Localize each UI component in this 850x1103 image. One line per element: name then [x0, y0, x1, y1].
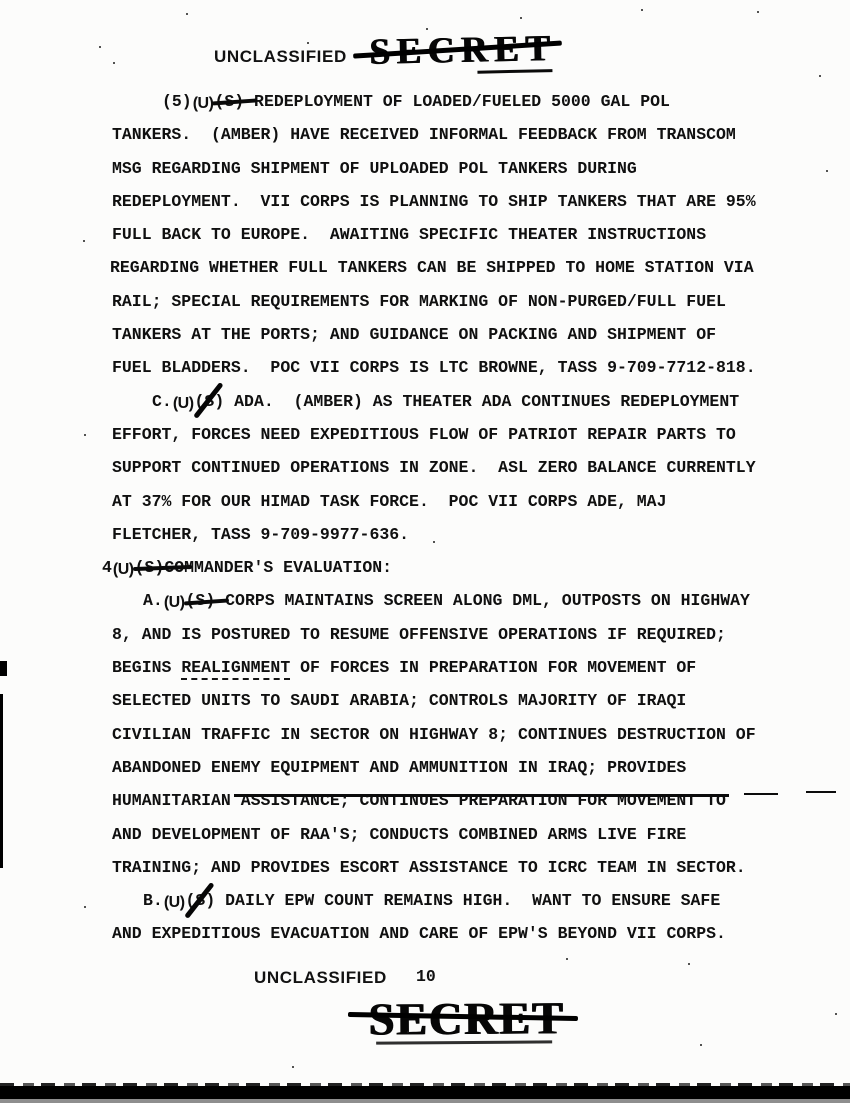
document-line: HUMANITARIAN ASSISTANCE; CONTINUES PREPA…: [0, 784, 850, 817]
document-line: FULL BACK TO EUROPE. AWAITING SPECIFIC T…: [0, 218, 850, 251]
page-number: 10: [416, 969, 436, 986]
text-run: CIVILIAN TRAFFIC IN SECTOR ON HIGHWAY 8;…: [112, 725, 756, 744]
text-run: 8, AND IS POSTURED TO RESUME OFFENSIVE O…: [112, 625, 726, 644]
struck-s-marking: (S): [135, 551, 165, 584]
text-run: SUPPORT CONTINUED OPERATIONS IN ZONE. AS…: [112, 458, 756, 477]
document-line: AND EXPEDITIOUS EVACUATION AND CARE OF E…: [0, 917, 850, 950]
scan-bottom-bar: [0, 1086, 850, 1099]
document-line: EFFORT, FORCES NEED EXPEDITIOUS FLOW OF …: [0, 418, 850, 451]
document-line: TRAINING; AND PROVIDES ESCORT ASSISTANCE…: [0, 851, 850, 884]
document-line: AND DEVELOPMENT OF RAA'S; CONDUCTS COMBI…: [0, 818, 850, 851]
scan-bottom-strip: [0, 1099, 850, 1103]
document-line: REDEPLOYMENT. VII CORPS IS PLANNING TO S…: [0, 185, 850, 218]
scan-edge-line: [0, 694, 3, 868]
document-body: (5)(U)(S) REDEPLOYMENT OF LOADED/FUELED …: [0, 85, 850, 951]
noise-speck: [113, 62, 115, 64]
text-run: AND EXPEDITIOUS EVACUATION AND CARE OF E…: [112, 924, 726, 943]
text-run: ASSISTANCE; CONTINUES PREPARATION FOR MO…: [241, 791, 726, 810]
noise-speck: [566, 958, 568, 960]
struck-s-marking: (S): [214, 85, 244, 118]
document-line: RAIL; SPECIAL REQUIREMENTS FOR MARKING O…: [0, 285, 850, 318]
text-run: FUEL BLADDERS. POC VII CORPS IS LTC BROW…: [112, 358, 756, 377]
document-line: ABANDONED ENEMY EQUIPMENT AND AMMUNITION…: [0, 751, 850, 784]
document-line: MSG REGARDING SHIPMENT OF UPLOADED POL T…: [0, 152, 850, 185]
declass-u-stamp: (U): [113, 553, 134, 586]
noise-speck: [700, 1044, 702, 1046]
text-run: AT 37% FOR OUR HIMAD TASK FORCE. POC VII…: [112, 492, 667, 511]
noise-speck: [84, 906, 86, 908]
declass-u-stamp: (U): [173, 387, 194, 420]
declass-u-stamp: (U): [164, 586, 185, 619]
noise-speck: [641, 9, 643, 11]
noise-speck: [186, 13, 188, 15]
text-run: AND DEVELOPMENT OF RAA'S; CONDUCTS COMBI…: [112, 825, 686, 844]
document-line: TANKERS. (AMBER) HAVE RECEIVED INFORMAL …: [0, 118, 850, 151]
document-line: CIVILIAN TRAFFIC IN SECTOR ON HIGHWAY 8;…: [0, 718, 850, 751]
struck-s-marking: (S): [186, 884, 216, 917]
document-line: B.(U)(S) DAILY EPW COUNT REMAINS HIGH. W…: [0, 884, 850, 917]
text-run: TANKERS AT THE PORTS; AND GUIDANCE ON PA…: [112, 325, 716, 344]
scan-dash-mark: [806, 791, 836, 793]
noise-speck: [819, 75, 821, 77]
document-line: A.(U)(S) CORPS MAINTAINS SCREEN ALONG DM…: [0, 584, 850, 617]
declass-u-stamp: (U): [164, 886, 185, 919]
noise-speck: [835, 1013, 837, 1015]
document-line: C.(U)(S) ADA. (AMBER) AS THEATER ADA CON…: [0, 385, 850, 418]
text-run: OF FORCES IN PREPARATION FOR MOVEMENT OF: [290, 658, 696, 677]
document-line: TANKERS AT THE PORTS; AND GUIDANCE ON PA…: [0, 318, 850, 351]
document-line: SELECTED UNITS TO SAUDI ARABIA; CONTROLS…: [0, 684, 850, 717]
document-line: REGARDING WHETHER FULL TANKERS CAN BE SH…: [0, 251, 850, 284]
noise-speck: [407, 1031, 409, 1033]
text-run: FLETCHER, TASS 9-709-9977-636.: [112, 525, 409, 544]
header-unclassified-label: UNCLASSIFIED: [214, 48, 347, 65]
footer-secret-stamp: SECRET: [368, 991, 564, 1045]
text-run: HUMANITARIAN: [112, 791, 241, 810]
document-line: 4(U)(S)COMMANDER'S EVALUATION:: [0, 551, 850, 584]
document-line: FUEL BLADDERS. POC VII CORPS IS LTC BROW…: [0, 351, 850, 384]
text-run: REDEPLOYMENT OF LOADED/FUELED 5000 GAL P…: [244, 92, 670, 111]
document-line: SUPPORT CONTINUED OPERATIONS IN ZONE. AS…: [0, 451, 850, 484]
scan-dash-mark: [744, 793, 778, 795]
text-run: DAILY EPW COUNT REMAINS HIGH. WANT TO EN…: [215, 891, 720, 910]
text-run: REGARDING WHETHER FULL TANKERS CAN BE SH…: [110, 258, 754, 277]
scanned-document-page: UNCLASSIFIED SECRET (5)(U)(S) REDEPLOYME…: [0, 0, 850, 1103]
document-line: 8, AND IS POSTURED TO RESUME OFFENSIVE O…: [0, 618, 850, 651]
text-run: REDEPLOYMENT. VII CORPS IS PLANNING TO S…: [112, 192, 756, 211]
footer-unclassified-label: UNCLASSIFIED: [254, 969, 387, 986]
noise-speck: [433, 541, 435, 543]
noise-speck: [84, 434, 86, 436]
text-run: REALIGNMENT: [181, 658, 290, 680]
noise-speck: [292, 1066, 294, 1068]
text-run: ADA. (AMBER) AS THEATER ADA CONTINUES RE…: [224, 392, 739, 411]
header-secret-stamp: SECRET: [369, 27, 557, 74]
text-run: SELECTED UNITS TO SAUDI ARABIA; CONTROLS…: [112, 691, 686, 710]
text-run: CORPS MAINTAINS SCREEN ALONG DML, OUTPOS…: [215, 591, 750, 610]
text-run: A.: [143, 591, 163, 610]
text-run: (5): [162, 92, 192, 111]
document-line: (5)(U)(S) REDEPLOYMENT OF LOADED/FUELED …: [0, 85, 850, 118]
text-run: B.: [143, 891, 163, 910]
text-run: ABANDONED ENEMY EQUIPMENT AND AMMUNITION…: [112, 758, 686, 777]
struck-s-marking: (S): [195, 385, 225, 418]
noise-speck: [99, 46, 101, 48]
text-run: EFFORT, FORCES NEED EXPEDITIOUS FLOW OF …: [112, 425, 736, 444]
document-line: AT 37% FOR OUR HIMAD TASK FORCE. POC VII…: [0, 485, 850, 518]
text-run: BEGINS: [112, 658, 181, 677]
noise-speck: [688, 963, 690, 965]
text-run: TRAINING; AND PROVIDES ESCORT ASSISTANCE…: [112, 858, 746, 877]
declass-u-stamp: (U): [193, 87, 214, 120]
document-line: BEGINS REALIGNMENT OF FORCES IN PREPARAT…: [0, 651, 850, 684]
text-run: TANKERS. (AMBER) HAVE RECEIVED INFORMAL …: [112, 125, 736, 144]
noise-speck: [757, 11, 759, 13]
noise-speck: [426, 28, 428, 30]
text-run: 4: [102, 558, 112, 577]
text-run: RAIL; SPECIAL REQUIREMENTS FOR MARKING O…: [112, 292, 726, 311]
text-run: C.: [152, 392, 172, 411]
text-run: MSG REGARDING SHIPMENT OF UPLOADED POL T…: [112, 159, 637, 178]
document-line: FLETCHER, TASS 9-709-9977-636.: [0, 518, 850, 551]
noise-speck: [83, 240, 85, 242]
noise-speck: [826, 170, 828, 172]
scan-edge-mark: [0, 661, 7, 676]
struck-s-marking: (S): [186, 584, 216, 617]
text-run: COMMANDER'S EVALUATION:: [164, 558, 392, 577]
noise-speck: [520, 17, 522, 19]
noise-speck: [307, 42, 309, 44]
text-run: FULL BACK TO EUROPE. AWAITING SPECIFIC T…: [112, 225, 706, 244]
